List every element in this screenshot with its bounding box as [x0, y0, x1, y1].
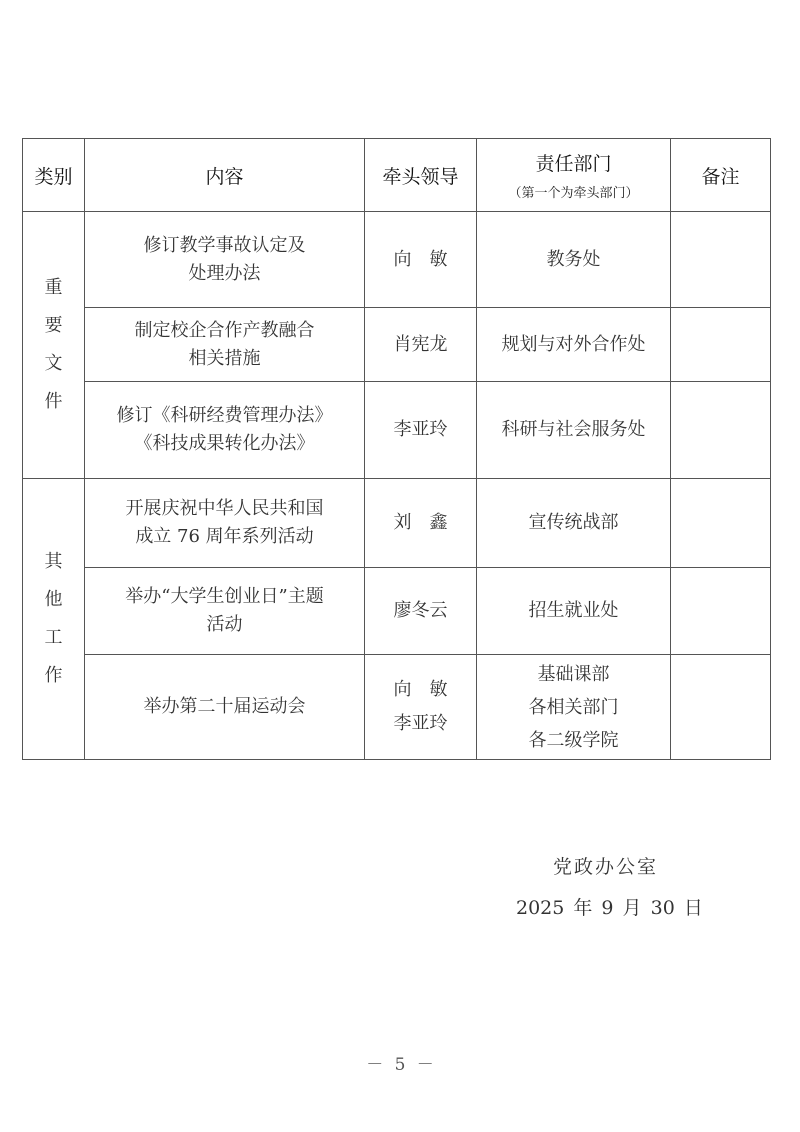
- department-cell: 招生就业处: [477, 568, 671, 655]
- leader-name: 向 敏: [365, 246, 476, 274]
- category-other-work: 其 他 工 作: [23, 479, 85, 760]
- category-char: 文: [23, 345, 84, 383]
- content-line: 制定校企合作产教融合: [85, 317, 364, 345]
- remarks-cell: [671, 212, 771, 308]
- table-row: 重 要 文 件 修订教学事故认定及 处理办法 向 敏 教务处: [23, 212, 771, 308]
- department-cell: 教务处: [477, 212, 671, 308]
- category-char: 作: [23, 657, 84, 695]
- category-char: 件: [23, 383, 84, 421]
- department-name: 招生就业处: [477, 597, 670, 625]
- table-row: 修订《科研经费管理办法》 《科技成果转化办法》 李亚玲 科研与社会服务处: [23, 382, 771, 479]
- table-row: 举办第二十届运动会 向 敏 李亚玲 基础课部 各相关部门 各二级学院: [23, 655, 771, 760]
- content-cell: 制定校企合作产教融合 相关措施: [85, 308, 365, 382]
- leader-cell: 肖宪龙: [365, 308, 477, 382]
- content-line: 相关措施: [85, 345, 364, 373]
- department-name: 教务处: [477, 246, 670, 274]
- content-cell: 开展庆祝中华人民共和国 成立 76 周年系列活动: [85, 479, 365, 568]
- issue-date: 2025 年 9 月 30 日: [516, 893, 703, 920]
- leader-cell: 向 敏: [365, 212, 477, 308]
- leader-cell: 向 敏 李亚玲: [365, 655, 477, 760]
- header-row: 类别 内容 牵头领导 责任部门 （第一个为牵头部门） 备注: [23, 139, 771, 212]
- category-char: 工: [23, 619, 84, 657]
- department-cell: 宣传统战部: [477, 479, 671, 568]
- department-cell: 基础课部 各相关部门 各二级学院: [477, 655, 671, 760]
- leader-name: 廖冬云: [365, 597, 476, 625]
- leader-name: 向 敏: [365, 673, 476, 707]
- task-table: 类别 内容 牵头领导 责任部门 （第一个为牵头部门） 备注 重 要 文 件 修订…: [22, 138, 771, 760]
- content-line: 处理办法: [85, 260, 364, 288]
- content-line: 活动: [85, 611, 364, 639]
- content-line: 《科技成果转化办法》: [85, 430, 364, 458]
- leader-name: 刘 鑫: [365, 509, 476, 537]
- header-category: 类别: [23, 139, 85, 212]
- remarks-cell: [671, 308, 771, 382]
- content-cell: 修订教学事故认定及 处理办法: [85, 212, 365, 308]
- content-cell: 举办“大学生创业日”主题 活动: [85, 568, 365, 655]
- content-line: 举办“大学生创业日”主题: [85, 583, 364, 611]
- remarks-cell: [671, 568, 771, 655]
- remarks-cell: [671, 655, 771, 760]
- department-name: 规划与对外合作处: [477, 331, 670, 359]
- department-cell: 科研与社会服务处: [477, 382, 671, 479]
- department-name: 各相关部门: [477, 691, 670, 724]
- leader-cell: 刘 鑫: [365, 479, 477, 568]
- table-row: 举办“大学生创业日”主题 活动 廖冬云 招生就业处: [23, 568, 771, 655]
- category-char: 其: [23, 543, 84, 581]
- content-line: 开展庆祝中华人民共和国: [85, 495, 364, 523]
- remarks-cell: [671, 382, 771, 479]
- content-line: 成立 76 周年系列活动: [85, 523, 364, 551]
- department-cell: 规划与对外合作处: [477, 308, 671, 382]
- header-content: 内容: [85, 139, 365, 212]
- leader-name: 李亚玲: [365, 707, 476, 741]
- department-name: 科研与社会服务处: [477, 416, 670, 444]
- leader-name: 李亚玲: [365, 416, 476, 444]
- content-line: 修订教学事故认定及: [85, 232, 364, 260]
- header-remarks: 备注: [671, 139, 771, 212]
- remarks-cell: [671, 479, 771, 568]
- table-row: 其 他 工 作 开展庆祝中华人民共和国 成立 76 周年系列活动 刘 鑫 宣传统…: [23, 479, 771, 568]
- content-cell: 举办第二十届运动会: [85, 655, 365, 760]
- content-cell: 修订《科研经费管理办法》 《科技成果转化办法》: [85, 382, 365, 479]
- leader-cell: 李亚玲: [365, 382, 477, 479]
- leader-name: 肖宪龙: [365, 331, 476, 359]
- department-name: 基础课部: [477, 658, 670, 691]
- content-line: 修订《科研经费管理办法》: [85, 402, 364, 430]
- table-row: 制定校企合作产教融合 相关措施 肖宪龙 规划与对外合作处: [23, 308, 771, 382]
- department-name: 宣传统战部: [477, 509, 670, 537]
- leader-cell: 廖冬云: [365, 568, 477, 655]
- header-department: 责任部门 （第一个为牵头部门）: [477, 139, 671, 212]
- content-line: 举办第二十届运动会: [85, 693, 364, 721]
- page-number: － 5 －: [0, 1050, 800, 1075]
- header-department-note: （第一个为牵头部门）: [477, 182, 670, 201]
- header-leader: 牵头领导: [365, 139, 477, 212]
- header-department-label: 责任部门: [535, 153, 611, 175]
- issuing-office: 党政办公室: [553, 852, 658, 879]
- category-important-documents: 重 要 文 件: [23, 212, 85, 479]
- category-char: 重: [23, 269, 84, 307]
- category-char: 他: [23, 581, 84, 619]
- department-name: 各二级学院: [477, 724, 670, 757]
- category-char: 要: [23, 307, 84, 345]
